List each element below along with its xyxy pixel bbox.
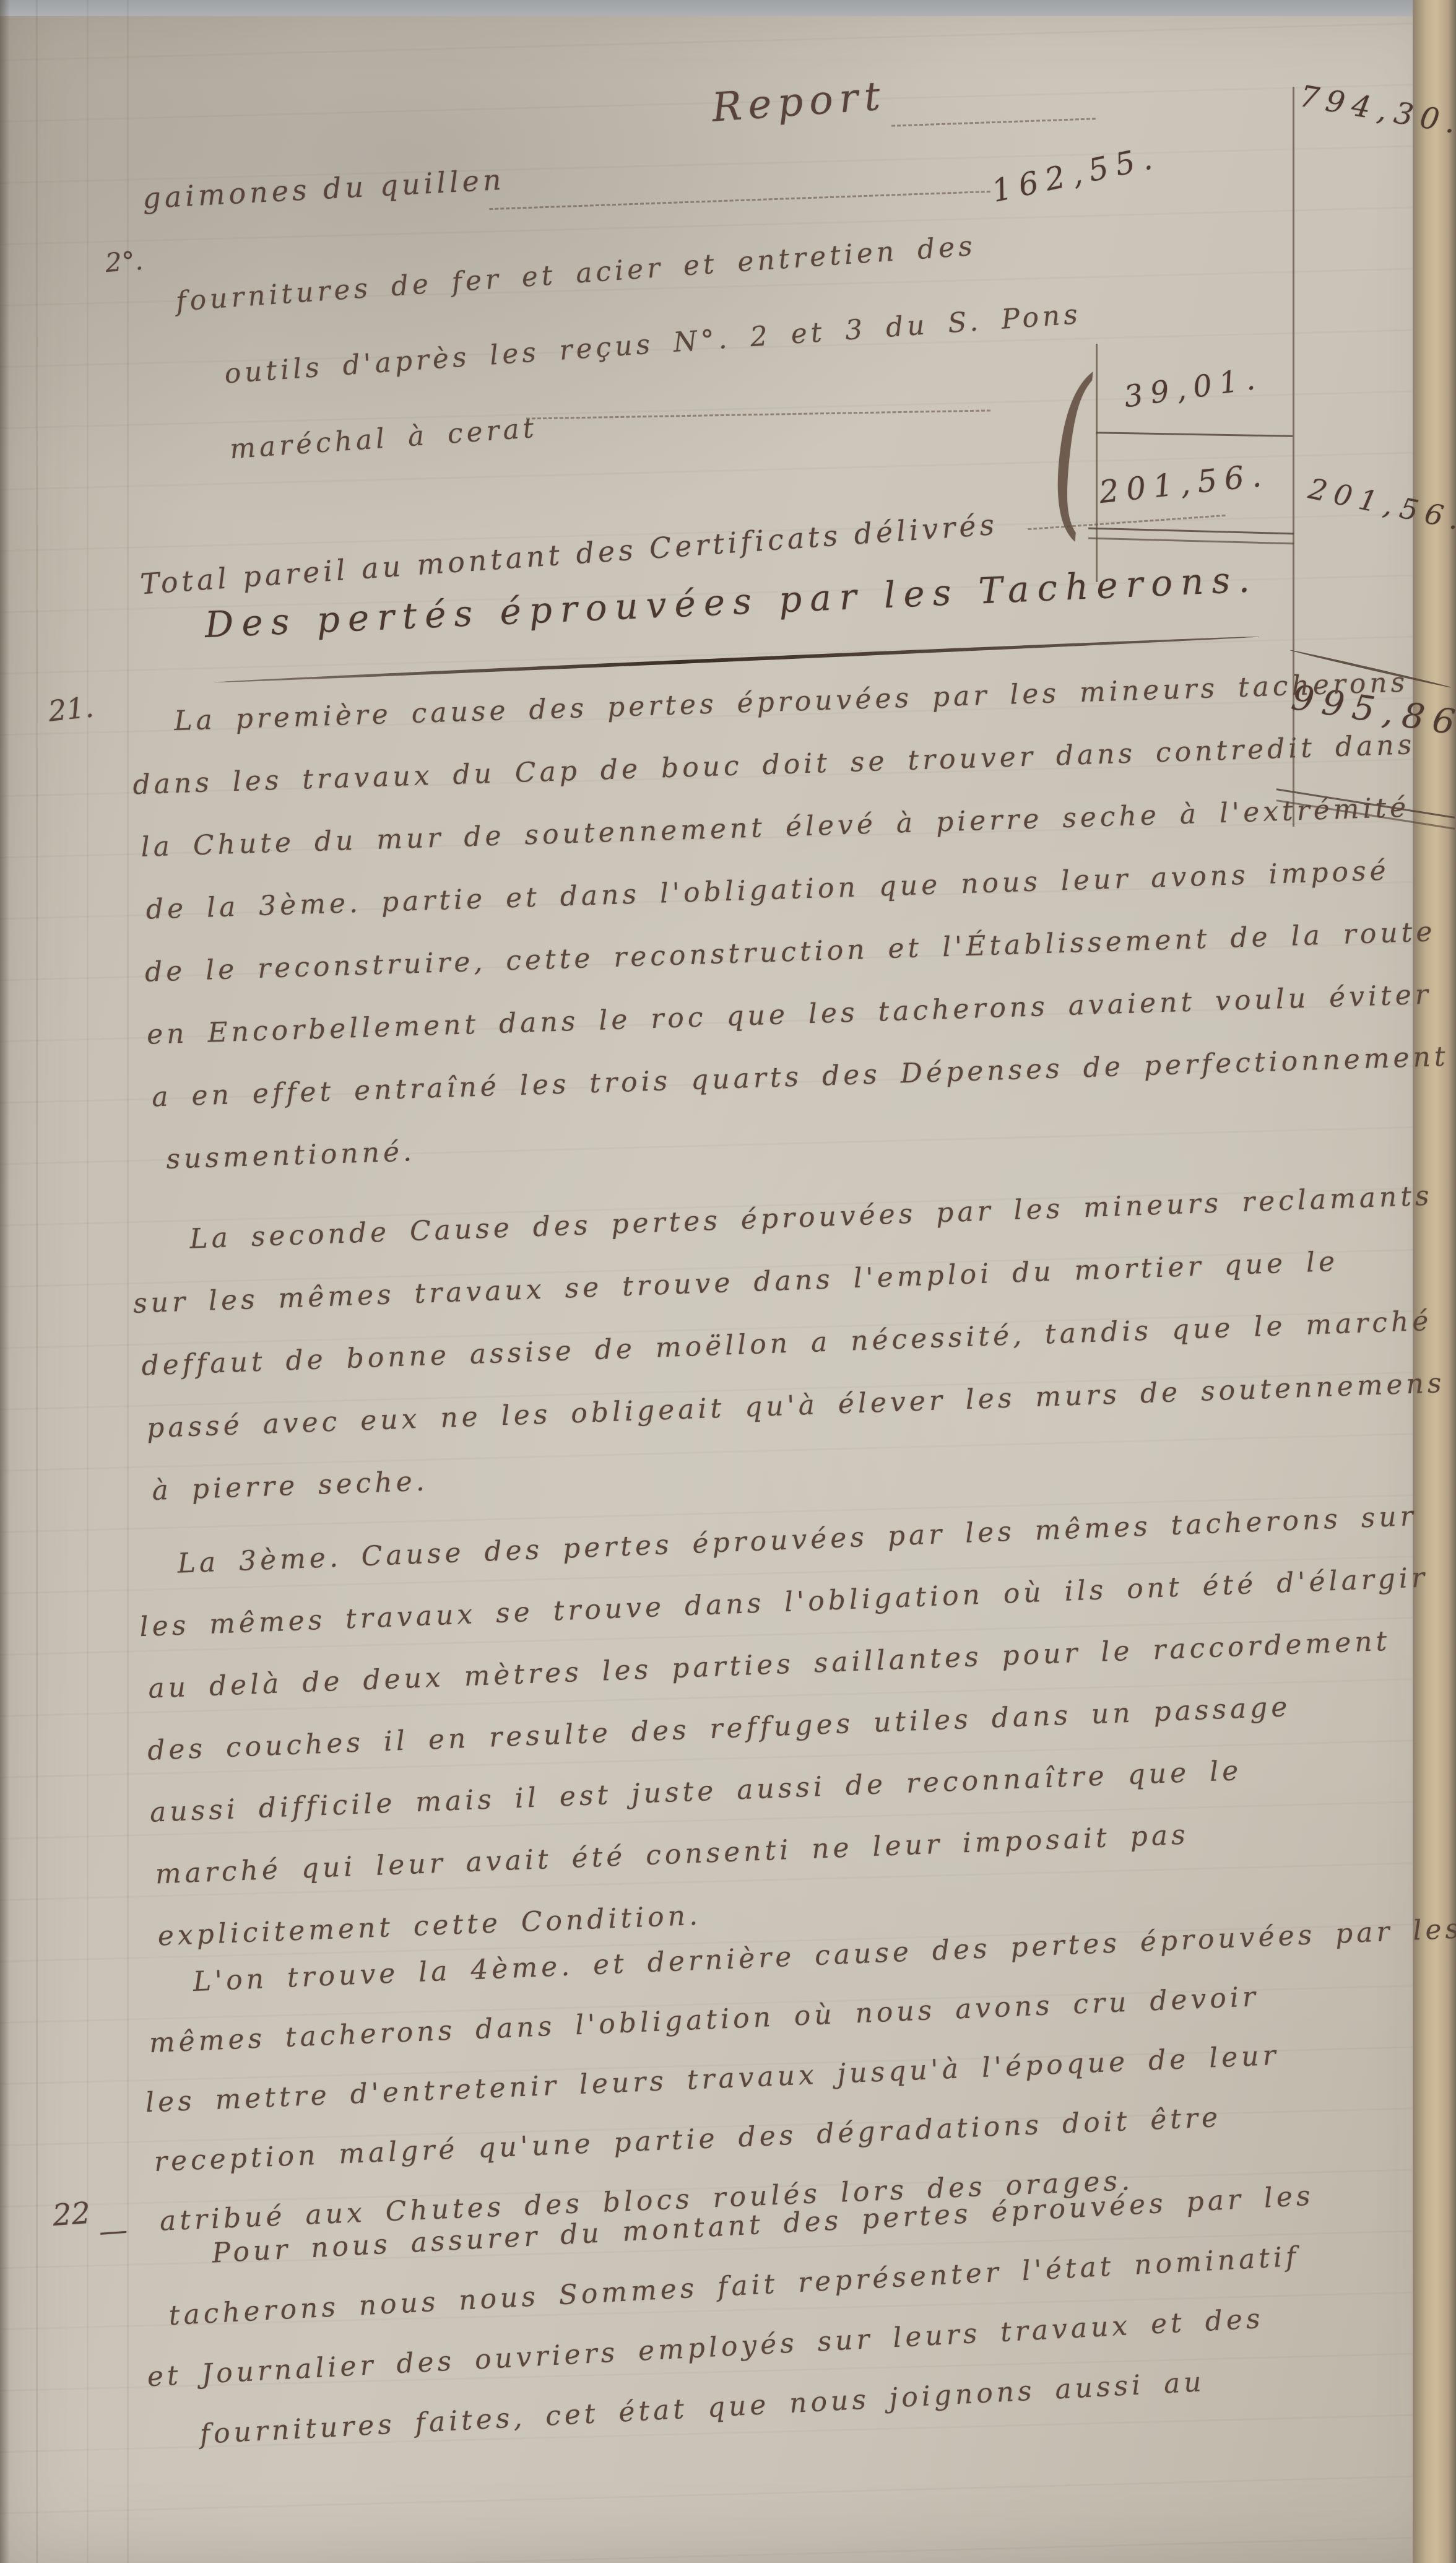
- manuscript-line: des couches il en resulte des reffuges u…: [147, 1691, 1291, 1767]
- manuscript-line: reception malgré qu'une partie des dégra…: [154, 2102, 1222, 2178]
- paragraph-second-cause: La seconde Cause des pertes éprouvées pa…: [131, 1180, 1442, 1225]
- manuscript-line: a en effet entraîné les trois quarts des…: [152, 1041, 1450, 1113]
- manuscript-line: deffaut de bonne assise de moëllon a néc…: [141, 1305, 1432, 1382]
- column-subtotal: 201,56.: [1098, 457, 1270, 510]
- manuscript-line: maréchal à cerat: [228, 412, 539, 466]
- manuscript-line: passé avec eux ne les obligeait qu'à éle…: [146, 1367, 1445, 1444]
- account-party-line: gaimones du quillen: [142, 163, 506, 215]
- manuscript-line: susmentionné.: [166, 1136, 416, 1175]
- party-amount: 162,55.: [989, 139, 1163, 209]
- leader-dashes: [489, 191, 990, 210]
- column-rule-inner: [1096, 344, 1098, 582]
- manuscript-line: La seconde Cause des pertes éprouvées pa…: [189, 1180, 1434, 1255]
- margin-crease: [127, 0, 129, 2563]
- manuscript-line: dans les travaux du Cap de bouc doit se …: [132, 729, 1416, 801]
- manuscript-line: en Encorbellement dans le roc que les ta…: [146, 979, 1432, 1051]
- manuscript-line: la Chute du mur de soutennement élevé à …: [141, 791, 1410, 863]
- manuscript-line: au delà de deux mètres les parties saill…: [147, 1625, 1391, 1705]
- amount-brace: (: [1051, 356, 1091, 542]
- double-rule-top: [1088, 528, 1294, 535]
- item-number: 2°.: [104, 245, 144, 278]
- leader-dashes: [526, 409, 990, 419]
- double-rule-bottom: [1088, 537, 1294, 545]
- manuscript-line: de le reconstruire, cette reconstruction…: [144, 916, 1436, 988]
- manuscript-line: explicitement cette Condition.: [157, 1900, 702, 1952]
- page-right-edge: [1413, 0, 1456, 2563]
- page-title: Report: [711, 73, 888, 131]
- sum-rule: [1096, 432, 1293, 437]
- manuscript-line: La 3ème. Cause des pertes éprouvées par …: [177, 1500, 1418, 1580]
- page-left-shadow: [0, 0, 10, 2563]
- manuscript-photo: { "document": { "type": "handwritten man…: [0, 0, 1456, 2563]
- manuscript-line: outils d'après les reçus N°. 2 et 3 du S…: [223, 298, 1082, 390]
- paragraph-21: La première cause des pertes éprouvées p…: [131, 666, 1442, 707]
- paper-page: Report 794,30. gaimones du quillen 162,5…: [0, 0, 1456, 2563]
- manuscript-line: fournitures de fer et acier et entretien…: [175, 230, 977, 318]
- leader-dashes: [891, 118, 1096, 127]
- item-amount: 39,01.: [1122, 361, 1264, 415]
- margin-number: 22: [51, 2196, 92, 2233]
- manuscript-line: sur les mêmes travaux se trouve dans l'e…: [132, 1246, 1339, 1320]
- fold-crease: [36, 0, 38, 2563]
- manuscript-line: de la 3ème. partie et dans l'obligation …: [145, 855, 1390, 926]
- scanner-background-strip: [0, 0, 1456, 16]
- account-item-lines: fournitures de fer et acier et entretien…: [175, 194, 1456, 286]
- fold-crease: [87, 0, 89, 2563]
- manuscript-line: marché qui leur avait été consenti ne le…: [155, 1819, 1190, 1890]
- manuscript-line: aussi difficile mais il est juste aussi …: [149, 1755, 1242, 1829]
- manuscript-line: à pierre seche.: [152, 1465, 429, 1507]
- margin-number: 21.: [46, 690, 95, 728]
- margin-number-dash: —: [98, 2213, 129, 2248]
- paragraph-third-cause: La 3ème. Cause des pertes éprouvées par …: [131, 1499, 1442, 1549]
